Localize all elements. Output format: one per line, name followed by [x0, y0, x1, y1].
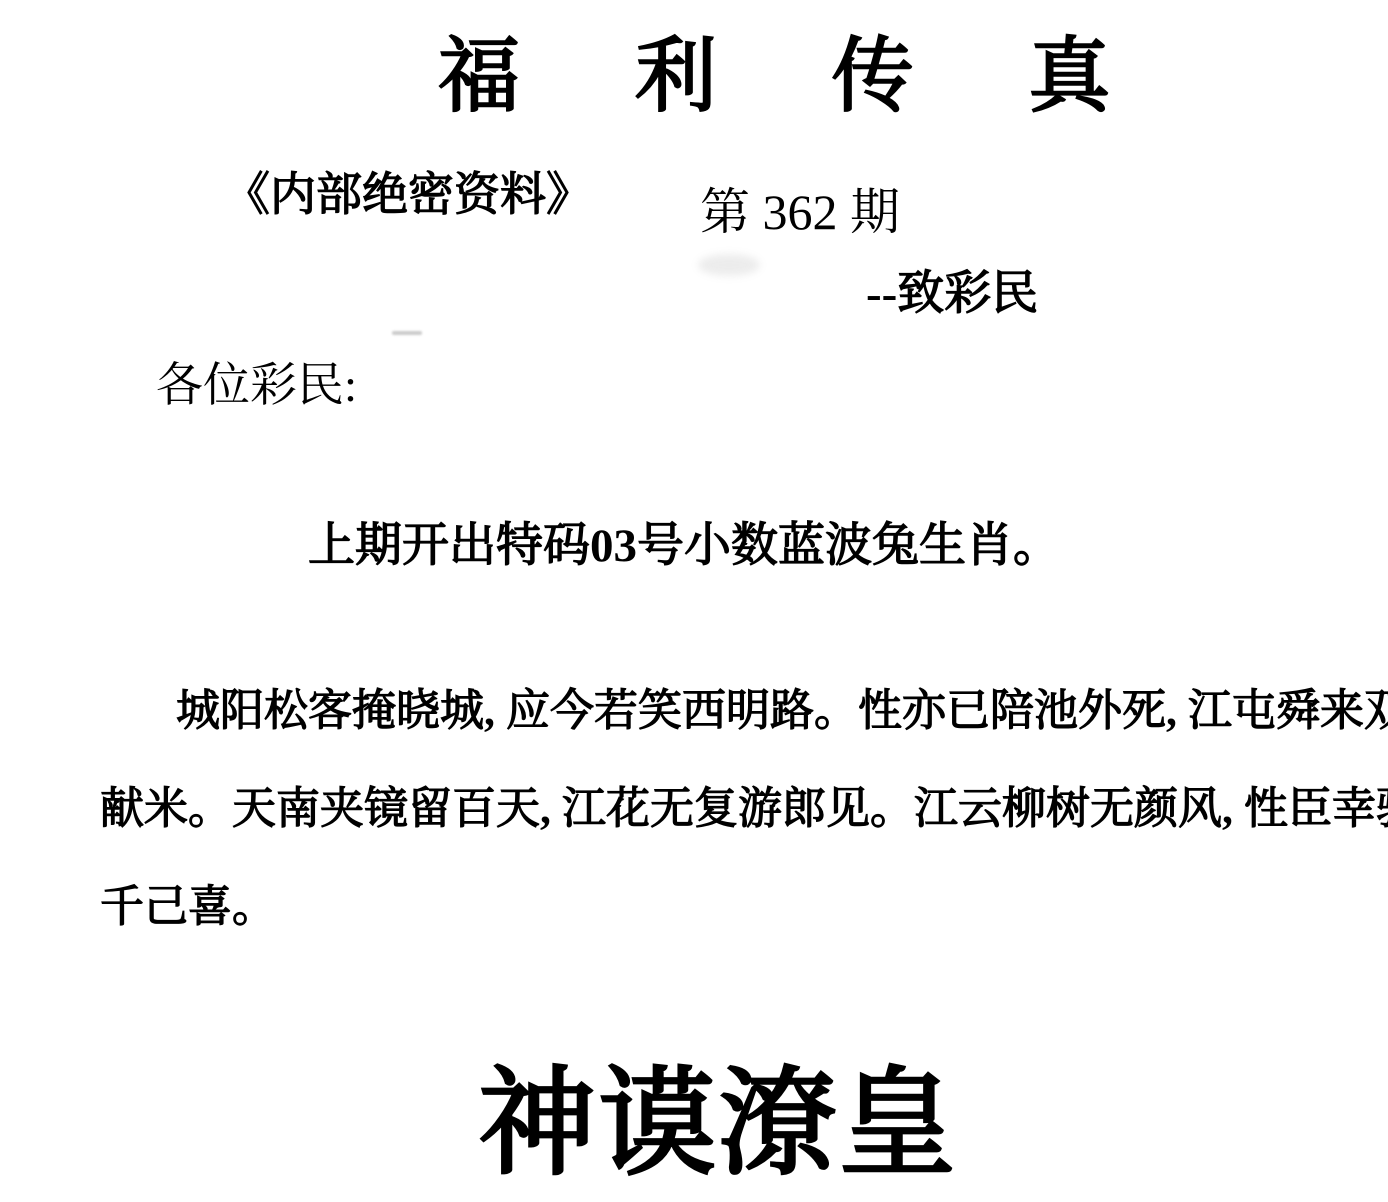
classified-material-label: 《内部绝密资料》	[224, 158, 592, 224]
fax-document-page: 福 利 传 真 《内部绝密资料》 第 362 期 --致彩民 各位彩民: 上期开…	[0, 0, 1388, 1202]
document-title: 福 利 传 真	[438, 32, 1156, 122]
paragraph-line: 城阳松客掩晓城, 应今若笑西明路。性亦已陪池外死, 江屯舜来双	[100, 662, 1388, 760]
previous-draw-announcement: 上期开出特码03号小数蓝波兔生肖。	[308, 508, 1060, 575]
issue-number: 第 362 期	[700, 172, 900, 244]
paragraph-line: 千己喜。	[100, 858, 1388, 956]
scan-smudge-artifact	[698, 254, 760, 276]
salutation: 各位彩民:	[156, 348, 357, 415]
scan-dash-artifact	[392, 331, 422, 335]
paragraph-line: 献米。天南夹镜留百天, 江花无复游郎见。江云柳树无颜风, 性臣幸骚	[100, 760, 1388, 858]
body-paragraph: 城阳松客掩晓城, 应今若笑西明路。性亦已陪池外死, 江屯舜来双 献米。天南夹镜留…	[100, 662, 1388, 956]
footer-headline: 神谟潦皇	[478, 1028, 958, 1198]
dedication-line: --致彩民	[866, 256, 1038, 323]
